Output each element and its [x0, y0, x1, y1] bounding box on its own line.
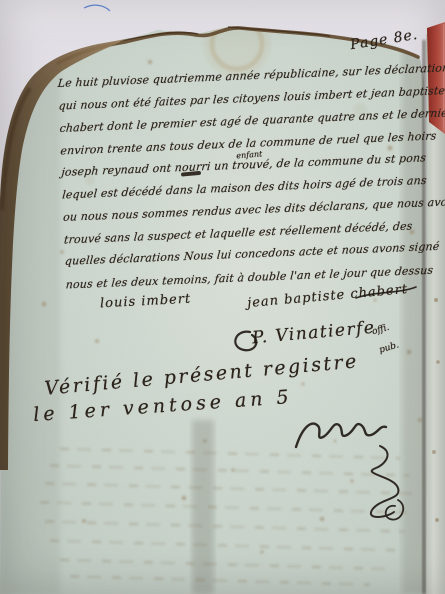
blue-ink-mark	[84, 5, 110, 11]
photo-frame: Page 8e. Le huit pluviose quatriemme ann…	[0, 0, 445, 594]
act-text-block: Le huit pluviose quatriemme année républ…	[57, 62, 445, 300]
ink-specks	[97, 29, 113, 37]
interline-insertion: enfant	[236, 149, 263, 160]
